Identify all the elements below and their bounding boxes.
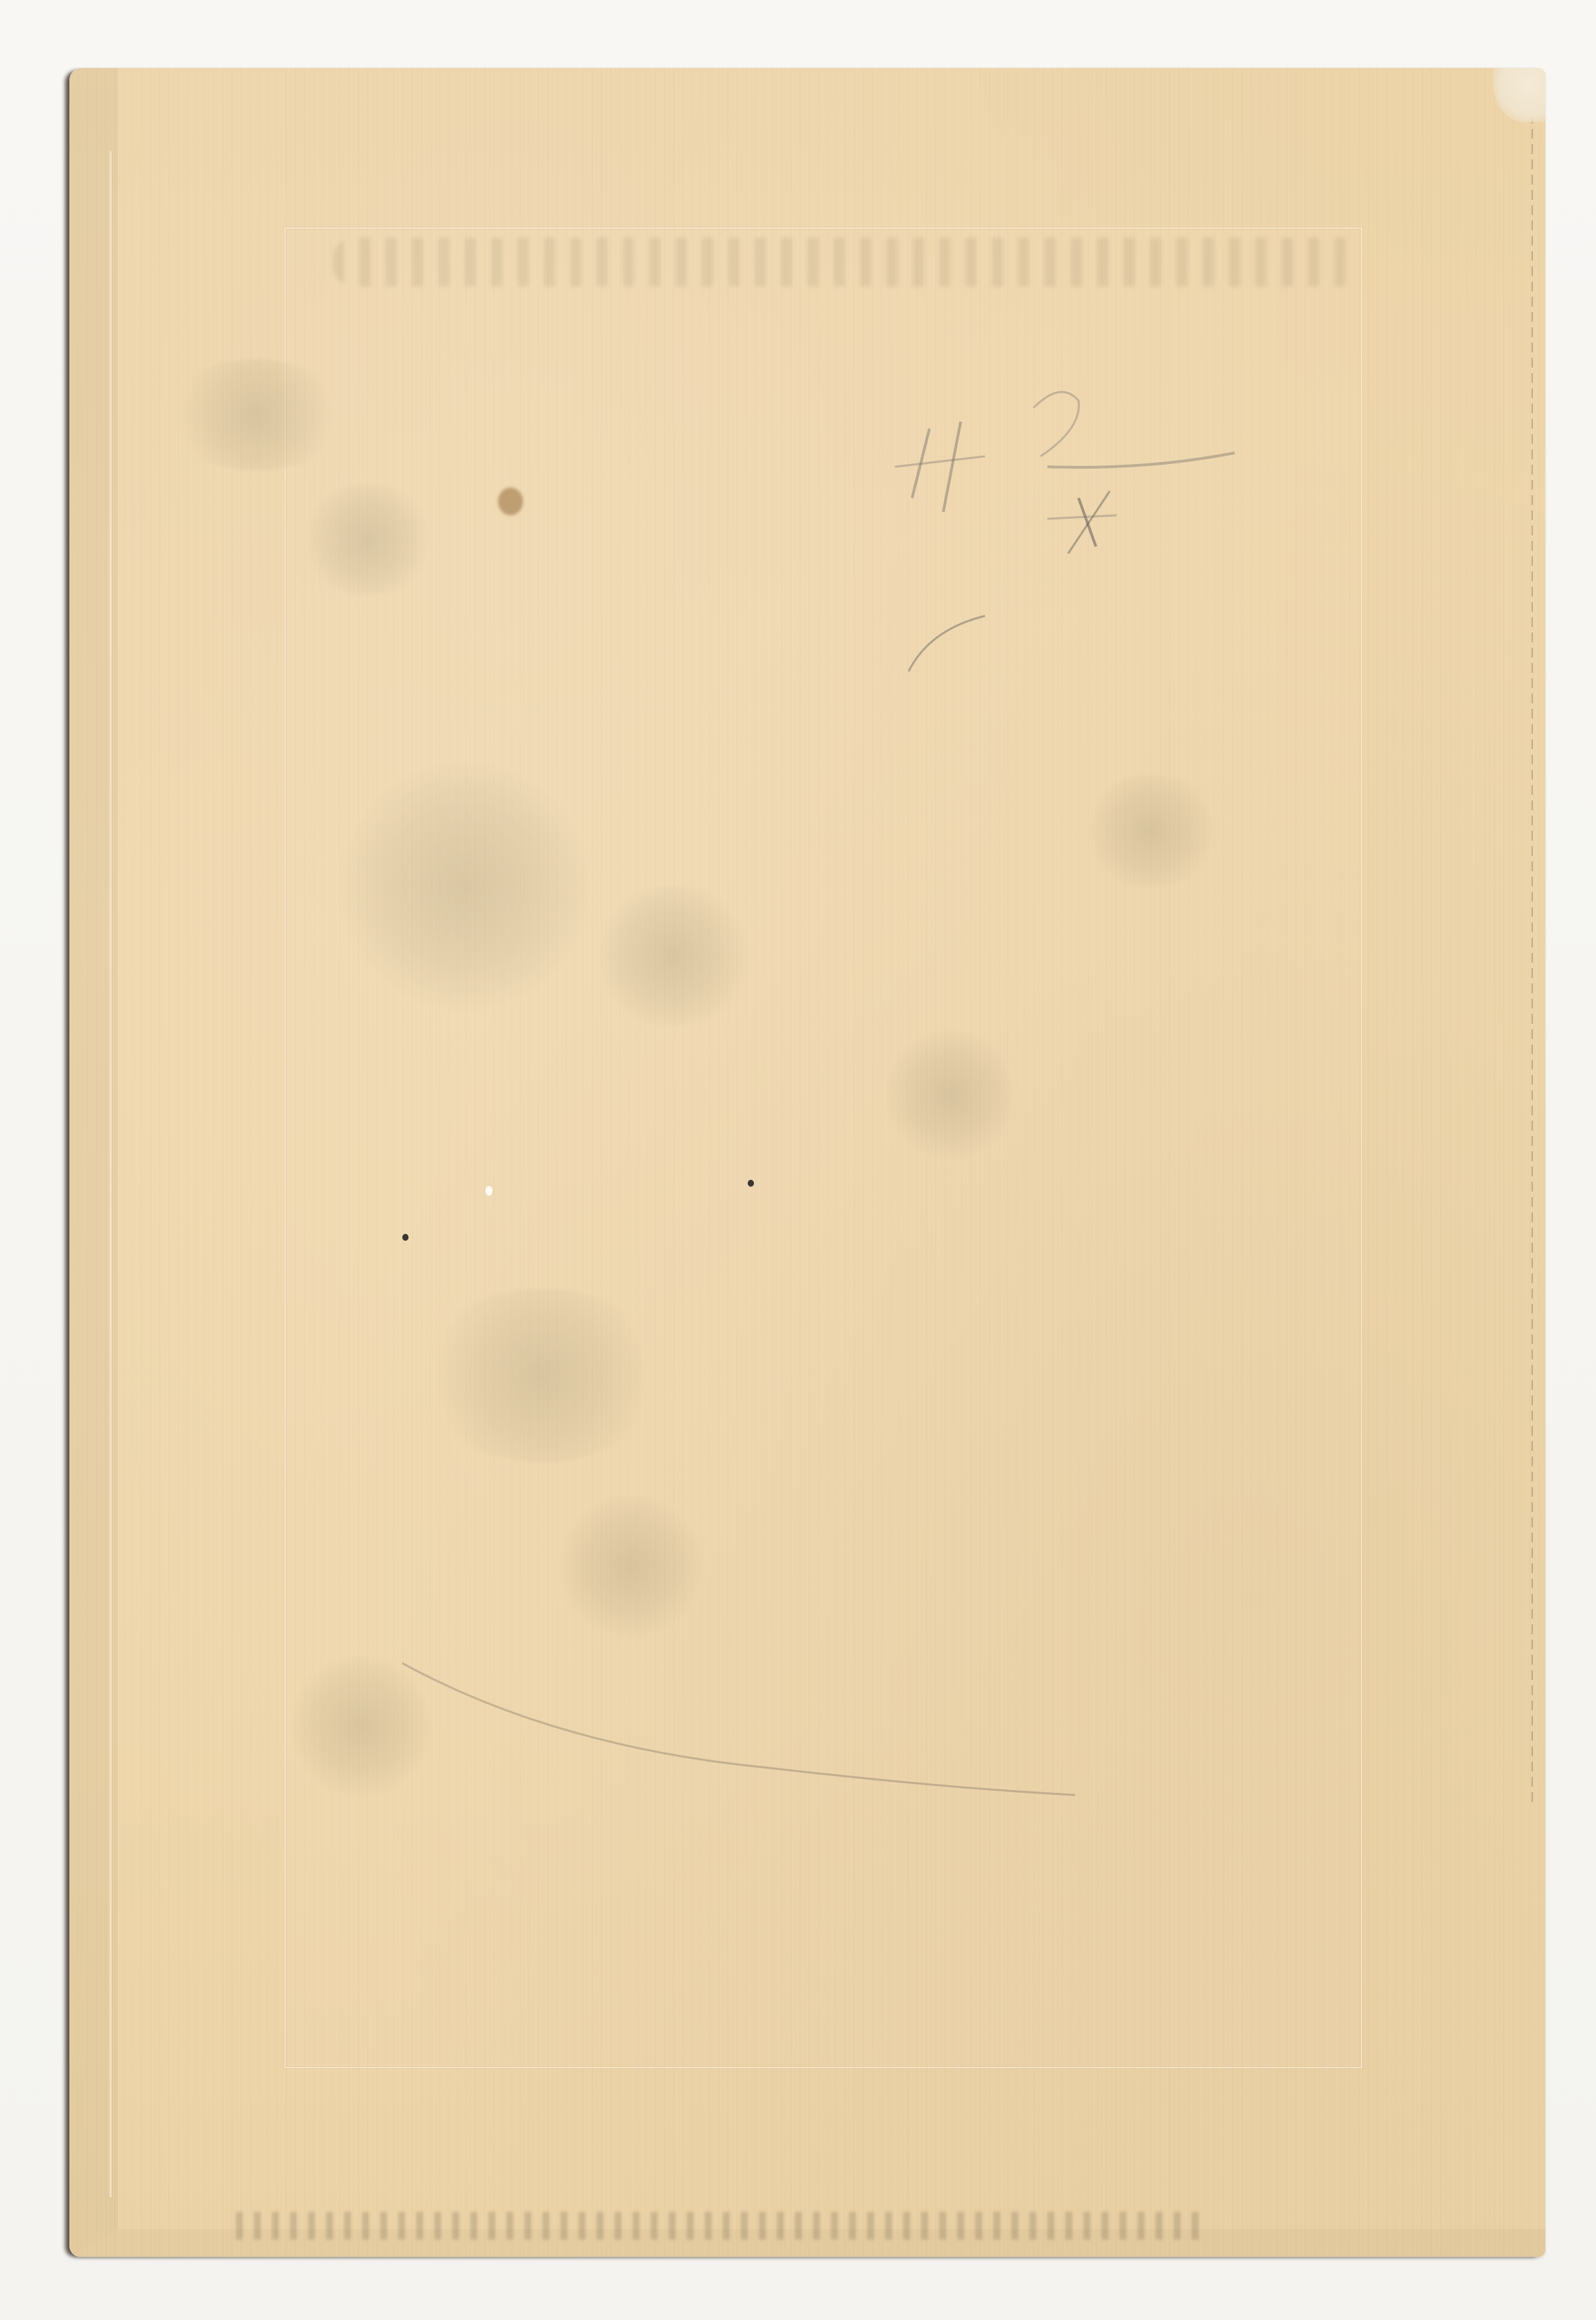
white-fleck [486,1186,492,1196]
ghost-blotch [333,762,597,1011]
dark-speck [748,1180,754,1187]
ghost-blotch [590,886,756,1025]
embossed-inner-panel [284,227,1362,2068]
dark-speck [402,1234,409,1241]
ghost-blotch [555,1497,707,1635]
offset-ghost-print-top [333,238,1359,286]
ghost-blotch [166,359,347,470]
ghost-blotch [291,1649,430,1802]
ghost-blotch [416,1289,666,1462]
offset-ghost-print-bottom [236,2212,1207,2240]
ghost-blotch [1082,775,1221,886]
ghost-blotch [298,484,437,595]
cabinet-card-back: #2 [69,68,1545,2257]
brown-stain [498,488,523,515]
right-edge-rule [1531,68,1533,1802]
left-emboss-line [110,151,112,2197]
ghost-blotch [888,1025,1013,1164]
damaged-corner [1493,68,1545,122]
